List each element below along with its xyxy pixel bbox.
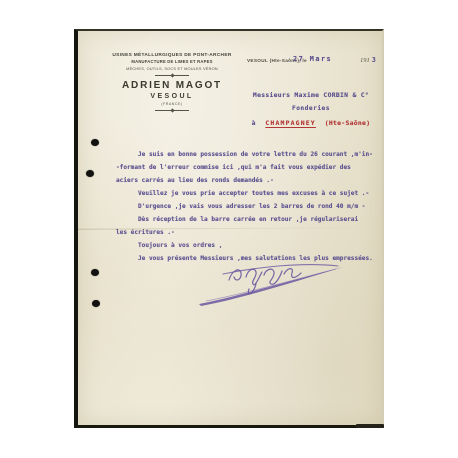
dateline-typed-date: 27 Mars bbox=[293, 55, 332, 63]
punch-hole bbox=[92, 300, 100, 307]
letterhead: USINES MÉTALLURGIQUES DE PONT-ARCHER MAN… bbox=[92, 52, 252, 114]
ornament-rule-top bbox=[155, 75, 189, 76]
recipient-block: Messieurs Maxime CORBIN & C° Fonderies à… bbox=[236, 91, 386, 127]
recipient-city: CHAMPAGNEY bbox=[265, 119, 315, 127]
punch-hole bbox=[91, 139, 99, 146]
letter-body-line: Toujours à vos ordres , bbox=[116, 239, 378, 252]
letterhead-line1: USINES MÉTALLURGIQUES DE PONT-ARCHER bbox=[92, 52, 252, 59]
dateline: VESOUL (Hte-Saône), le 27 Mars 1913 bbox=[247, 55, 385, 67]
company-city: VESOUL bbox=[92, 92, 252, 102]
handwritten-signature bbox=[196, 257, 348, 315]
recipient-address: à CHAMPAGNEY (Hte-Saône) bbox=[236, 119, 386, 127]
year-typed-digit: 3 bbox=[372, 56, 376, 64]
recipient-department: (Hte-Saône) bbox=[325, 119, 371, 127]
company-country: (FRANCE) bbox=[92, 102, 252, 107]
recipient-business: Fonderies bbox=[236, 105, 386, 112]
letter-photo: USINES MÉTALLURGIQUES DE PONT-ARCHER MAN… bbox=[74, 29, 384, 428]
recipient-prefix: à bbox=[252, 119, 256, 127]
year-printed-part: 191 bbox=[360, 57, 370, 64]
punch-hole bbox=[86, 170, 94, 177]
letter-body-line: Je suis en bonne possession de votre let… bbox=[116, 148, 378, 161]
letter-body-line: aciers carrés au lieu des ronds demandés… bbox=[116, 174, 378, 187]
letter-body-line: D'urgence ,je vais vous adresser les 2 b… bbox=[116, 200, 378, 213]
punch-hole bbox=[91, 269, 99, 276]
dateline-printed-year: 1913 bbox=[360, 56, 376, 64]
scan-corner-shadow bbox=[356, 424, 384, 428]
letterhead-line3: MÈCHES, OUTILS, SOCS ET MOULES VÉRON bbox=[92, 66, 252, 72]
letter-body-line: Veuillez je vous prie accepter toutes me… bbox=[116, 187, 378, 200]
recipient-name: Messieurs Maxime CORBIN & C° bbox=[236, 91, 386, 99]
letter-body-line: Dès réception de la barre carrée en reto… bbox=[116, 213, 378, 226]
letter-body: Je suis en bonne possession de votre let… bbox=[116, 148, 378, 265]
ornament-rule-bottom bbox=[155, 110, 189, 111]
letter-body-line: -formant de l'erreur commise ici ,qui m'… bbox=[116, 161, 378, 174]
company-name: ADRIEN MAGOT bbox=[92, 79, 252, 92]
